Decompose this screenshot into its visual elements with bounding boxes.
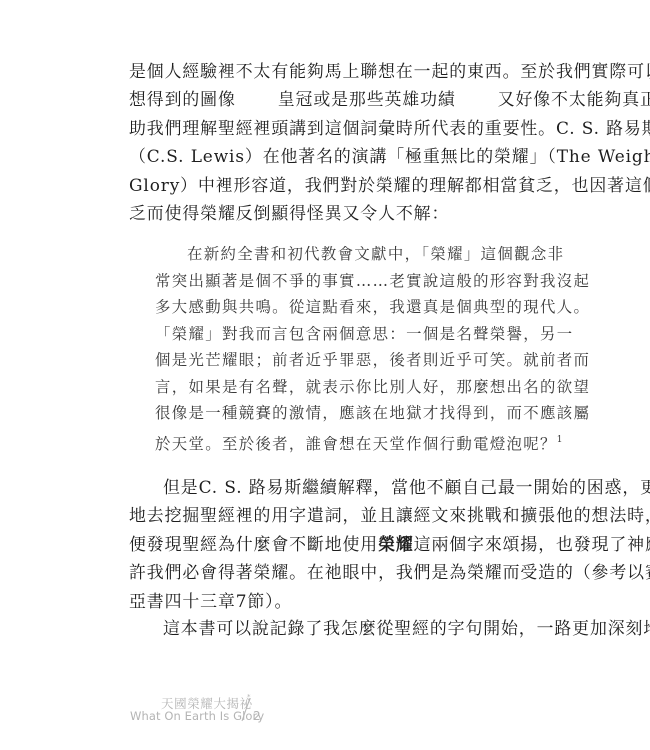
text-segment: 於天堂。至於後者，誰會想在天堂作個行動電燈泡呢？ [155,435,557,453]
svg-text:*: * [247,693,251,701]
text-line: 乏而使得榮耀反倒顯得怪異又令人不解： [129,199,521,227]
page-footer: 天國榮耀大揭祕 What On Earth Is Glory * 2 [0,690,650,730]
text-segment: 便發現聖經為什麼會不斷地使用 [129,534,378,554]
text-segment: 皇冠或是那些英雄功績 [278,89,456,109]
paragraph-intro: 是個人經驗裡不太有能夠馬上聯想在一起的東西。至於我們實際可以 想得到的圖像皇冠或… [129,57,521,227]
quote-line: 於天堂。至於後者，誰會想在天堂作個行動電燈泡呢？1 [155,427,493,458]
book-page: 是個人經驗裡不太有能夠馬上聯想在一起的東西。至於我們實際可以 想得到的圖像皇冠或… [0,0,650,750]
quote-line: 很像是一種競賽的激情，應該在地獄才找得到，而不應該屬 [155,400,493,427]
text-segment: 想得到的圖像 [129,89,236,109]
text-line: 便發現聖經為什麼會不斷地使用榮耀這兩個字來頌揚，也發現了神應 [129,530,521,558]
text-line: （C.S. Lewis）在他著名的演講「極重無比的榮耀」（The Weight … [129,142,521,170]
quote-line: 言，如果是有名聲，就表示你比別人好，那麼想出名的欲望 [155,374,493,401]
quote-line: 個是光芒耀眼；前者近乎罪惡，後者則近乎可笑。就前者而 [155,347,493,374]
text-line: 許我們必會得著榮耀。在祂眼中，我們是為榮耀而受造的（參考以賽 [129,558,521,586]
text-segment: 這兩個字來頌揚，也發現了神應 [414,534,650,554]
text-line: 地去挖掘聖經裡的用字遣詞，並且讓經文來挑戰和擴張他的想法時， [129,501,521,529]
star-slash-icon: * [240,692,252,722]
quote-line: 在新約全書和初代教會文獻中，「榮耀」這個觀念非 [155,241,493,268]
quote-line: 多大感動與共鳴。從這點看來，我還真是個典型的現代人。 [155,294,493,321]
text-line: 想得到的圖像皇冠或是那些英雄功績又好像不太能夠真正幫 [129,85,521,113]
text-line: 助我們理解聖經裡頭講到這個詞彙時所代表的重要性。C. S. 路易斯 [129,114,521,142]
paragraph-book-summary: 這本書可以說記錄了我怎麼從聖經的字句開始，一路更加深刻地 [129,614,521,642]
page-number: 2 [253,709,261,723]
emphasis-glory: 榮耀 [378,534,414,554]
text-segment: 又好像不太能夠真正幫 [498,89,650,109]
quote-line: 常突出顯著是個不爭的事實……老實說這般的形容對我沒起 [155,268,493,295]
text-line: 是個人經驗裡不太有能夠馬上聯想在一起的東西。至於我們實際可以 [129,57,521,85]
text-line: 這本書可以說記錄了我怎麼從聖經的字句開始，一路更加深刻地 [129,614,521,642]
text-line: Glory）中裡形容道，我們對於榮耀的理解都相當貧乏，也因著這個貧 [129,171,521,199]
paragraph-explanation: 但是C. S. 路易斯繼續解釋，當他不顧自己最一開始的困惑，更深 地去挖掘聖經裡… [129,473,521,615]
block-quote-cs-lewis: 在新約全書和初代教會文獻中，「榮耀」這個觀念非 常突出顯著是個不爭的事實……老實… [155,241,493,457]
text-line: 但是C. S. 路易斯繼續解釋，當他不顧自己最一開始的困惑，更深 [129,473,521,501]
footnote-marker[interactable]: 1 [557,435,563,445]
text-line: 亞書四十三章7節）。 [129,587,521,615]
quote-line: 「榮耀」對我而言包含兩個意思：一個是名聲榮譽，另一 [155,321,493,348]
